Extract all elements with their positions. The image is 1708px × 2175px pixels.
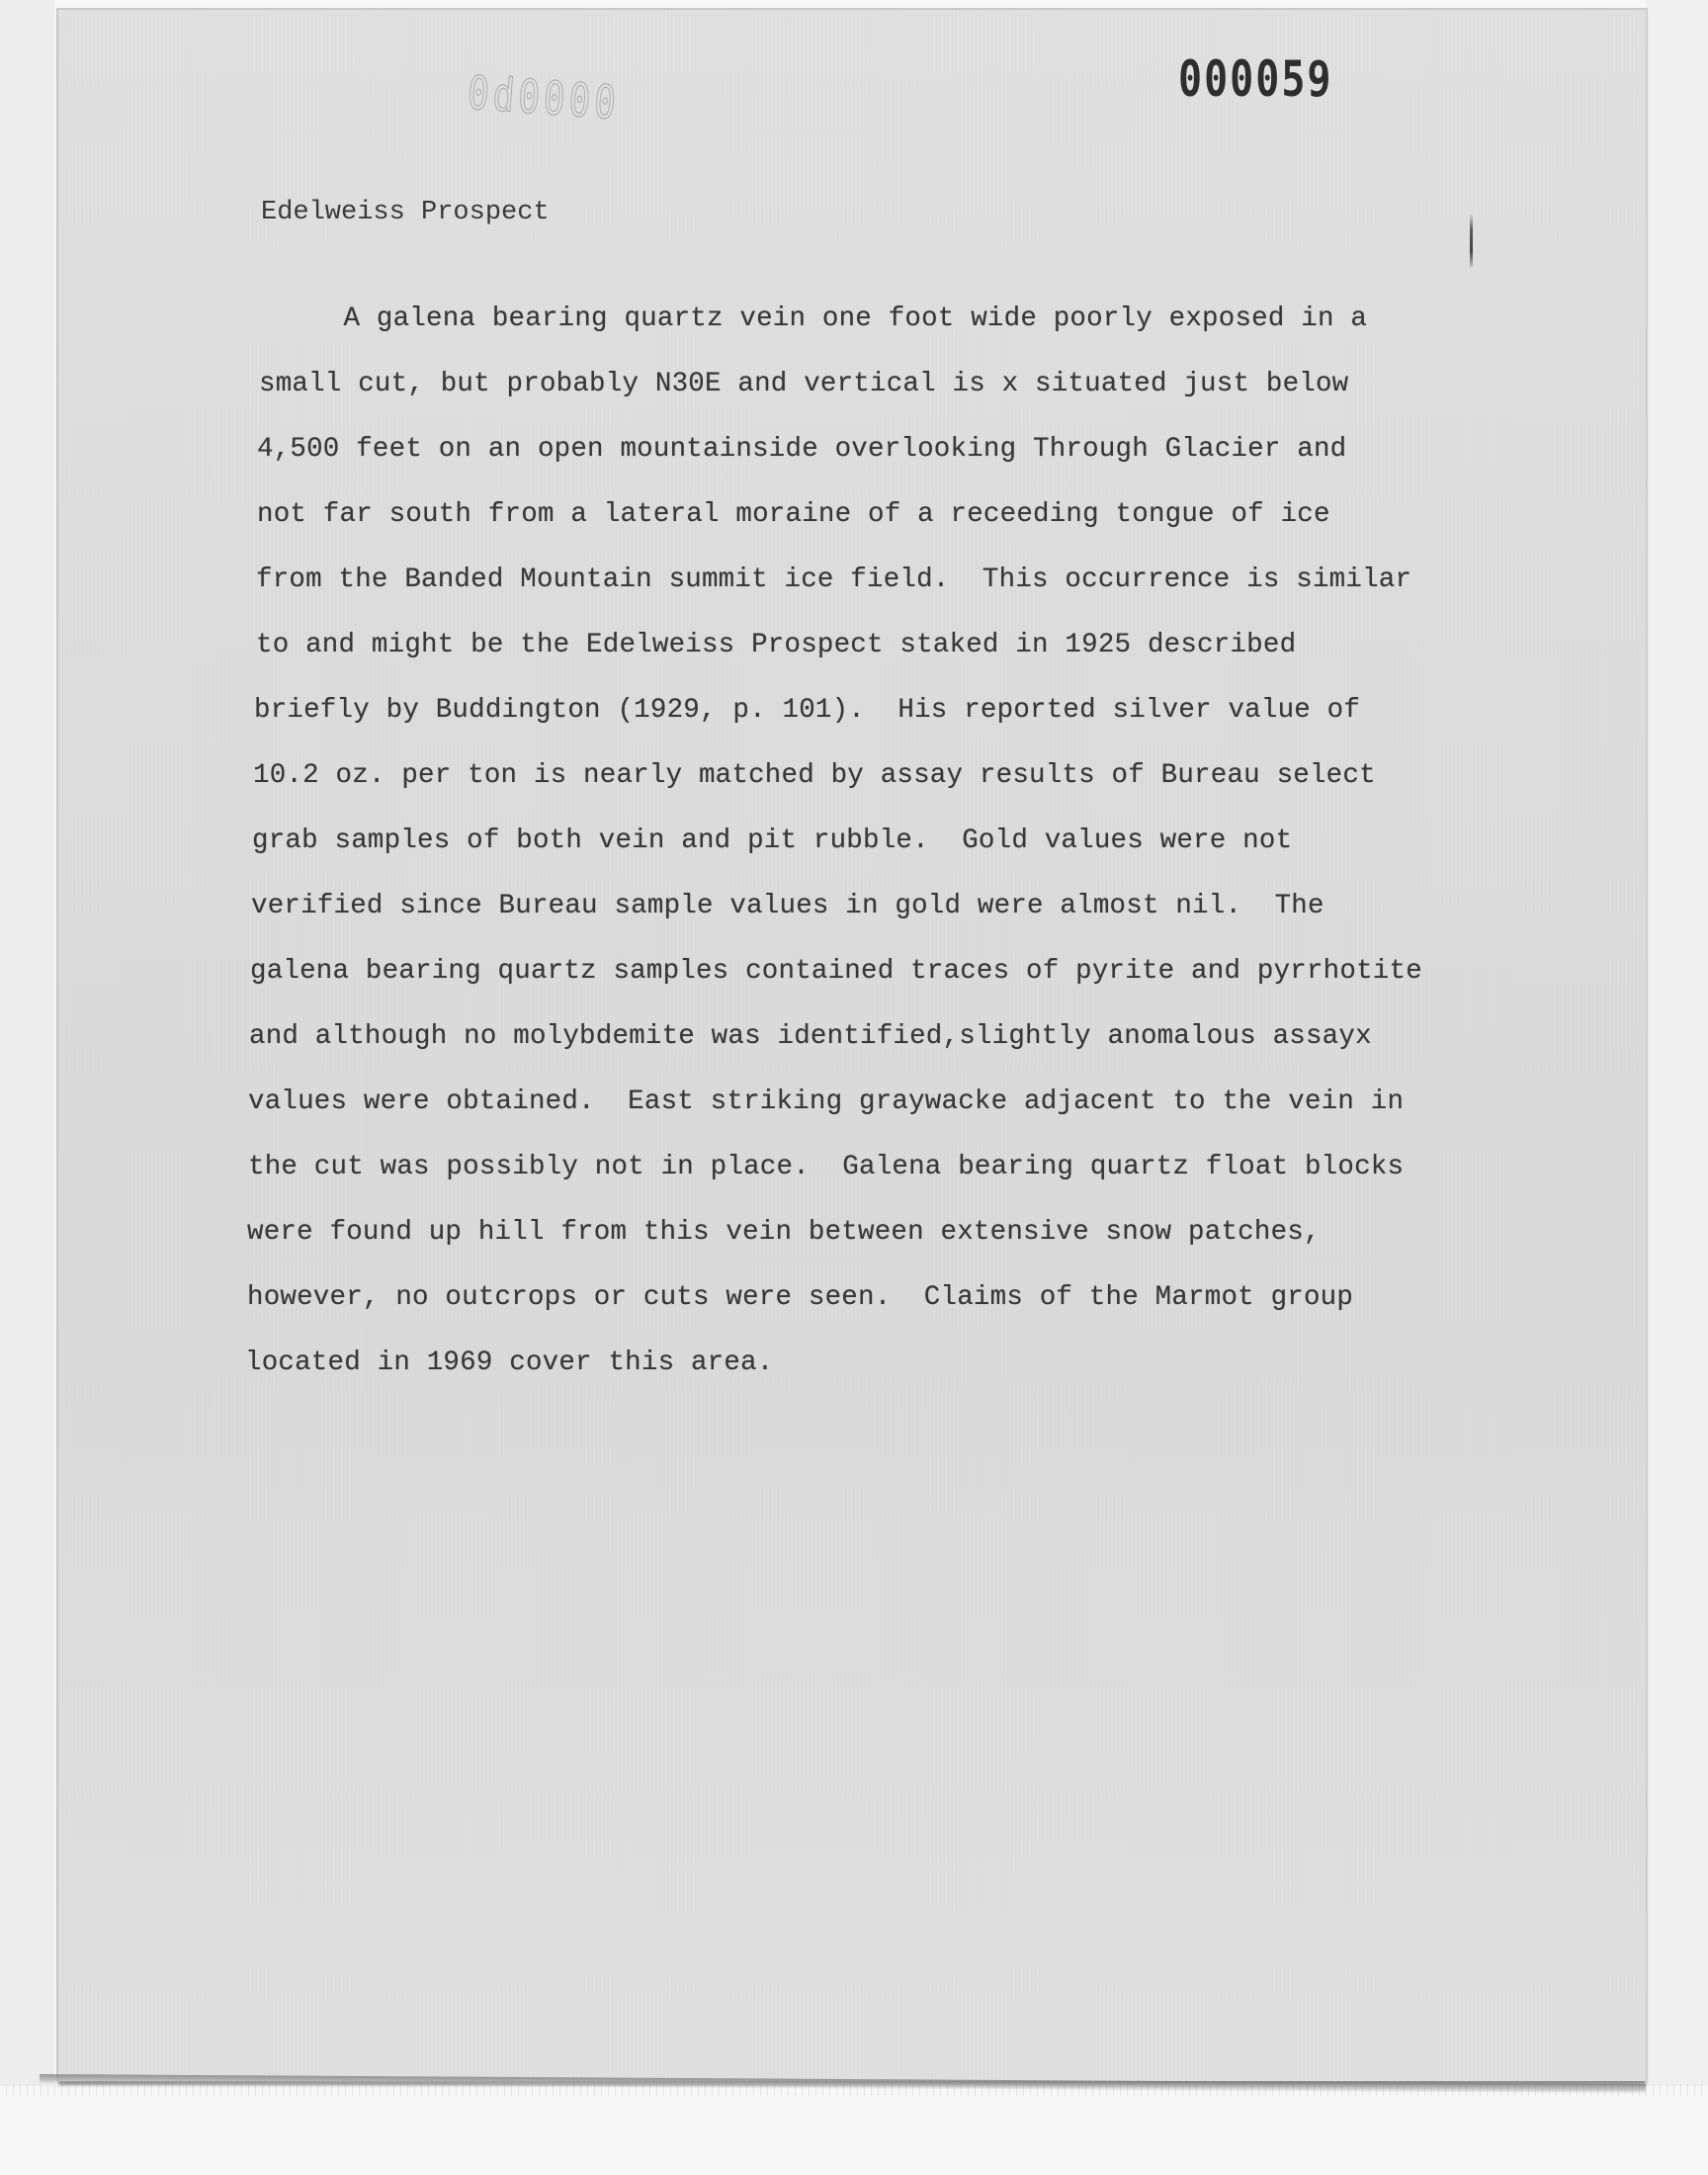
- body-line: grab samples of both vein and pit rubble…: [252, 826, 1292, 856]
- body-line: not far south from a lateral moraine of …: [257, 499, 1330, 530]
- body-line: from the Banded Mountain summit ice fiel…: [256, 565, 1411, 595]
- body-line: A galena bearing quartz vein one foot wi…: [261, 304, 1367, 334]
- margin-pencil-mark: [1470, 214, 1473, 267]
- body-line: to and might be the Edelweiss Prospect s…: [256, 630, 1296, 660]
- faint-stamp-number: 0d0000: [466, 67, 621, 130]
- body-line: 4,500 feet on an open mountainside overl…: [257, 434, 1346, 465]
- scan-background-left: [0, 0, 54, 2086]
- body-line: and although no molybdemite was identifi…: [249, 1021, 1372, 1052]
- body-line: 10.2 oz. per ton is nearly matched by as…: [253, 760, 1376, 791]
- body-line: located in 1969 cover this area.: [245, 1348, 774, 1378]
- page-stamp-number: 000059: [1178, 51, 1333, 109]
- document-title: Edelweiss Prospect: [261, 198, 550, 227]
- body-line: small cut, but probably N30E and vertica…: [259, 369, 1348, 399]
- scan-background-right: [1646, 0, 1708, 2086]
- body-line: were found up hill from this vein betwee…: [247, 1217, 1321, 1248]
- body-line: the cut was possibly not in place. Galen…: [248, 1152, 1404, 1182]
- body-line: however, no outcrops or cuts were seen. …: [247, 1282, 1353, 1313]
- body-line: values were obtained. East striking gray…: [248, 1087, 1404, 1117]
- body-line: briefly by Buddington (1929, p. 101). Hi…: [254, 695, 1360, 726]
- scan-artifact-streaks: [0, 2084, 1708, 2096]
- body-line: galena bearing quartz samples contained …: [250, 956, 1422, 987]
- body-line: verified since Bureau sample values in g…: [251, 891, 1324, 921]
